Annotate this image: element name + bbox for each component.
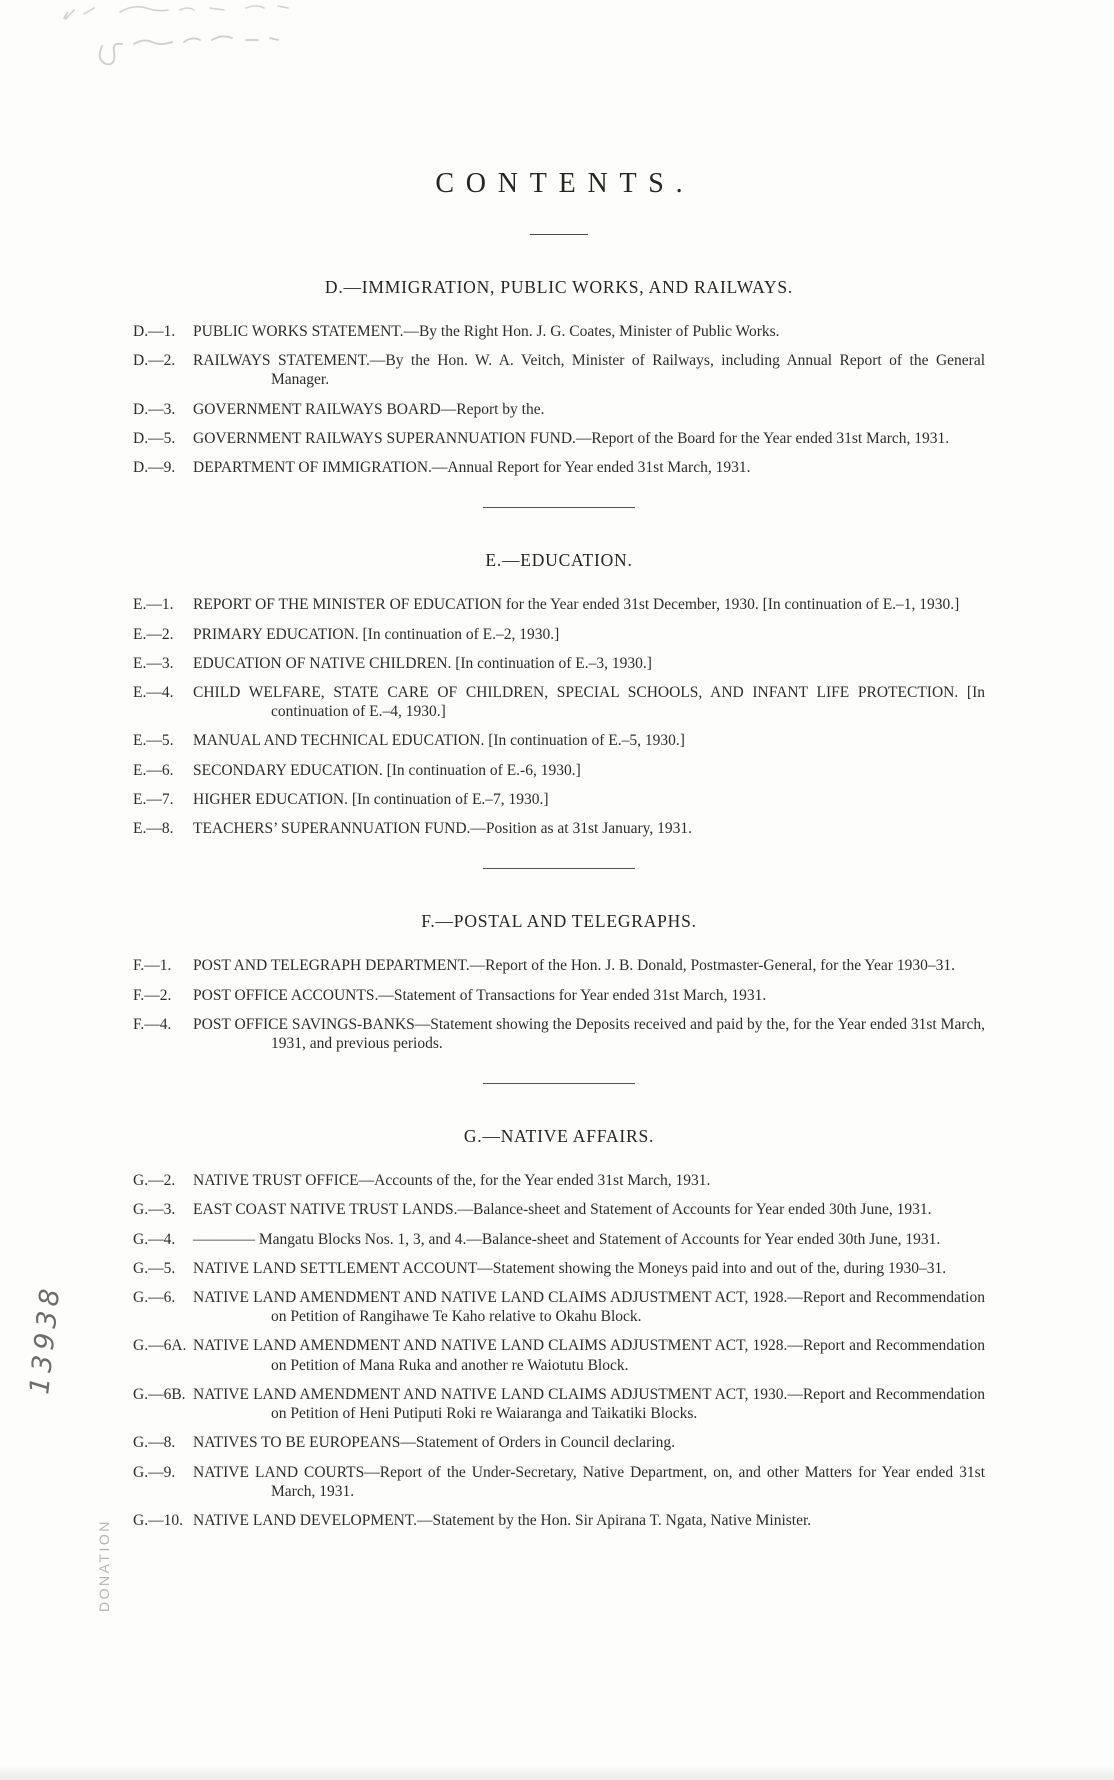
toc-item-text: REPORT OF THE MINISTER OF EDUCATION for … bbox=[193, 595, 985, 614]
toc-item-text: NATIVE LAND COURTS—Report of the Under-S… bbox=[193, 1463, 985, 1501]
section-heading: G.—NATIVE AFFAIRS. bbox=[133, 1126, 985, 1147]
section-items: G.—2. NATIVE TRUST OFFICE—Accounts of th… bbox=[133, 1171, 985, 1530]
toc-item: D.—9. DEPARTMENT OF IMMIGRATION.—Annual … bbox=[133, 458, 985, 477]
toc-item-text: NATIVE TRUST OFFICE—Accounts of the, for… bbox=[193, 1171, 985, 1190]
section-divider bbox=[483, 1083, 635, 1084]
toc-item-text: CHILD WELFARE, STATE CARE OF CHILDREN, S… bbox=[193, 683, 985, 721]
section-items: F.—1. POST AND TELEGRAPH DEPARTMENT.—Rep… bbox=[133, 956, 985, 1053]
toc-item: G.—2. NATIVE TRUST OFFICE—Accounts of th… bbox=[133, 1171, 985, 1190]
toc-item-label: E.—8. bbox=[133, 819, 193, 838]
page-title: CONTENTS. bbox=[133, 168, 985, 200]
toc-item-label: F.—2. bbox=[133, 986, 193, 1005]
toc-item-text: EDUCATION OF NATIVE CHILDREN. [In contin… bbox=[193, 654, 985, 673]
toc-item-label: G.—6A. bbox=[133, 1336, 193, 1374]
toc-item-text: NATIVE LAND AMENDMENT AND NATIVE LAND CL… bbox=[193, 1288, 985, 1326]
toc-item-label: D.—2. bbox=[133, 351, 193, 389]
scanned-contents-page: 13938 DONATION CONTENTS. D.—IMMIGRATION,… bbox=[0, 0, 1114, 1780]
toc-item-label: D.—9. bbox=[133, 458, 193, 477]
toc-item-text: NATIVE LAND AMENDMENT AND NATIVE LAND CL… bbox=[193, 1385, 985, 1423]
toc-item: G.—6. NATIVE LAND AMENDMENT AND NATIVE L… bbox=[133, 1288, 985, 1326]
toc-item-text: DEPARTMENT OF IMMIGRATION.—Annual Report… bbox=[193, 458, 985, 477]
section-divider bbox=[483, 868, 635, 869]
toc-item-text: GOVERNMENT RAILWAYS SUPERANNUATION FUND.… bbox=[193, 429, 985, 448]
section-heading: E.—EDUCATION. bbox=[133, 550, 985, 571]
toc-item: F.—1. POST AND TELEGRAPH DEPARTMENT.—Rep… bbox=[133, 956, 985, 975]
toc-item-label: F.—4. bbox=[133, 1015, 193, 1053]
toc-item-label: G.—9. bbox=[133, 1463, 193, 1501]
toc-item-label: G.—2. bbox=[133, 1171, 193, 1190]
toc-item-label: G.—4. bbox=[133, 1230, 193, 1249]
toc-item-text: RAILWAYS STATEMENT.—By the Hon. W. A. Ve… bbox=[193, 351, 985, 389]
toc-item-label: E.—3. bbox=[133, 654, 193, 673]
sections-container: D.—IMMIGRATION, PUBLIC WORKS, AND RAILWA… bbox=[133, 277, 985, 1530]
toc-item: G.—4. ———— Mangatu Blocks Nos. 1, 3, and… bbox=[133, 1230, 985, 1249]
toc-item-text: SECONDARY EDUCATION. [In continuation of… bbox=[193, 761, 985, 780]
toc-item: G.—8. NATIVES TO BE EUROPEANS—Statement … bbox=[133, 1433, 985, 1452]
toc-item: G.—3. EAST COAST NATIVE TRUST LANDS.—Bal… bbox=[133, 1200, 985, 1219]
toc-item-text: PRIMARY EDUCATION. [In continuation of E… bbox=[193, 625, 985, 644]
toc-item-label: D.—1. bbox=[133, 322, 193, 341]
toc-item-label: D.—3. bbox=[133, 400, 193, 419]
toc-item-label: G.—10. bbox=[133, 1511, 193, 1530]
toc-item-label: G.—5. bbox=[133, 1259, 193, 1278]
toc-item: D.—3. GOVERNMENT RAILWAYS BOARD—Report b… bbox=[133, 400, 985, 419]
toc-item: G.—6B. NATIVE LAND AMENDMENT AND NATIVE … bbox=[133, 1385, 985, 1423]
toc-item-label: E.—4. bbox=[133, 683, 193, 721]
contents-body: CONTENTS. D.—IMMIGRATION, PUBLIC WORKS, … bbox=[0, 0, 1114, 1530]
toc-item: G.—9. NATIVE LAND COURTS—Report of the U… bbox=[133, 1463, 985, 1501]
toc-item-text: NATIVE LAND AMENDMENT AND NATIVE LAND CL… bbox=[193, 1336, 985, 1374]
section-items: D.—1. PUBLIC WORKS STATEMENT.—By the Rig… bbox=[133, 322, 985, 477]
toc-item-text: NATIVE LAND DEVELOPMENT.—Statement by th… bbox=[193, 1511, 985, 1530]
toc-item: D.—2. RAILWAYS STATEMENT.—By the Hon. W.… bbox=[133, 351, 985, 389]
section-items: E.—1. REPORT OF THE MINISTER OF EDUCATIO… bbox=[133, 595, 985, 838]
toc-item: E.—7. HIGHER EDUCATION. [In continuation… bbox=[133, 790, 985, 809]
toc-item-label: G.—8. bbox=[133, 1433, 193, 1452]
toc-section: E.—EDUCATION. E.—1. REPORT OF THE MINIST… bbox=[133, 550, 985, 838]
toc-item-text: PUBLIC WORKS STATEMENT.—By the Right Hon… bbox=[193, 322, 985, 341]
toc-item: G.—6A. NATIVE LAND AMENDMENT AND NATIVE … bbox=[133, 1336, 985, 1374]
toc-item: E.—2. PRIMARY EDUCATION. [In continuatio… bbox=[133, 625, 985, 644]
toc-item-text: TEACHERS’ SUPERANNUATION FUND.—Position … bbox=[193, 819, 985, 838]
toc-item: E.—1. REPORT OF THE MINISTER OF EDUCATIO… bbox=[133, 595, 985, 614]
toc-item-label: E.—5. bbox=[133, 731, 193, 750]
toc-item: G.—5. NATIVE LAND SETTLEMENT ACCOUNT—Sta… bbox=[133, 1259, 985, 1278]
toc-item: E.—5. MANUAL AND TECHNICAL EDUCATION. [I… bbox=[133, 731, 985, 750]
toc-item-text: GOVERNMENT RAILWAYS BOARD—Report by the. bbox=[193, 400, 985, 419]
toc-item-text: NATIVE LAND SETTLEMENT ACCOUNT—Statement… bbox=[193, 1259, 985, 1278]
toc-item: E.—3. EDUCATION OF NATIVE CHILDREN. [In … bbox=[133, 654, 985, 673]
toc-item-text: ———— Mangatu Blocks Nos. 1, 3, and 4.—Ba… bbox=[193, 1230, 985, 1249]
toc-item-label: E.—6. bbox=[133, 761, 193, 780]
toc-item: E.—8. TEACHERS’ SUPERANNUATION FUND.—Pos… bbox=[133, 819, 985, 838]
toc-section: G.—NATIVE AFFAIRS. G.—2. NATIVE TRUST OF… bbox=[133, 1126, 985, 1530]
toc-section: F.—POSTAL AND TELEGRAPHS. F.—1. POST AND… bbox=[133, 911, 985, 1053]
toc-item-label: E.—1. bbox=[133, 595, 193, 614]
pencil-inscription bbox=[50, 0, 370, 80]
title-rule bbox=[530, 234, 588, 235]
toc-item: D.—1. PUBLIC WORKS STATEMENT.—By the Rig… bbox=[133, 322, 985, 341]
toc-item: D.—5. GOVERNMENT RAILWAYS SUPERANNUATION… bbox=[133, 429, 985, 448]
toc-item-label: E.—2. bbox=[133, 625, 193, 644]
section-divider bbox=[483, 507, 635, 508]
toc-item-label: E.—7. bbox=[133, 790, 193, 809]
toc-item: F.—2. POST OFFICE ACCOUNTS.—Statement of… bbox=[133, 986, 985, 1005]
section-heading: D.—IMMIGRATION, PUBLIC WORKS, AND RAILWA… bbox=[133, 277, 985, 298]
toc-section: D.—IMMIGRATION, PUBLIC WORKS, AND RAILWA… bbox=[133, 277, 985, 477]
toc-item-text: POST AND TELEGRAPH DEPARTMENT.—Report of… bbox=[193, 956, 985, 975]
toc-item-label: D.—5. bbox=[133, 429, 193, 448]
donation-stamp: DONATION bbox=[96, 1519, 112, 1612]
toc-item-text: EAST COAST NATIVE TRUST LANDS.—Balance-s… bbox=[193, 1200, 985, 1219]
toc-item-text: MANUAL AND TECHNICAL EDUCATION. [In cont… bbox=[193, 731, 985, 750]
scan-edge-shadow bbox=[0, 1764, 1114, 1780]
toc-item-text: NATIVES TO BE EUROPEANS—Statement of Ord… bbox=[193, 1433, 985, 1452]
toc-item: E.—4. CHILD WELFARE, STATE CARE OF CHILD… bbox=[133, 683, 985, 721]
toc-item-label: G.—3. bbox=[133, 1200, 193, 1219]
toc-item-text: POST OFFICE ACCOUNTS.—Statement of Trans… bbox=[193, 986, 985, 1005]
section-heading: F.—POSTAL AND TELEGRAPHS. bbox=[133, 911, 985, 932]
toc-item-text: POST OFFICE SAVINGS-BANKS—Statement show… bbox=[193, 1015, 985, 1053]
toc-item: F.—4. POST OFFICE SAVINGS-BANKS—Statemen… bbox=[133, 1015, 985, 1053]
toc-item-label: F.—1. bbox=[133, 956, 193, 975]
toc-item: E.—6. SECONDARY EDUCATION. [In continuat… bbox=[133, 761, 985, 780]
toc-item-label: G.—6. bbox=[133, 1288, 193, 1326]
toc-item-text: HIGHER EDUCATION. [In continuation of E.… bbox=[193, 790, 985, 809]
toc-item: G.—10. NATIVE LAND DEVELOPMENT.—Statemen… bbox=[133, 1511, 985, 1530]
